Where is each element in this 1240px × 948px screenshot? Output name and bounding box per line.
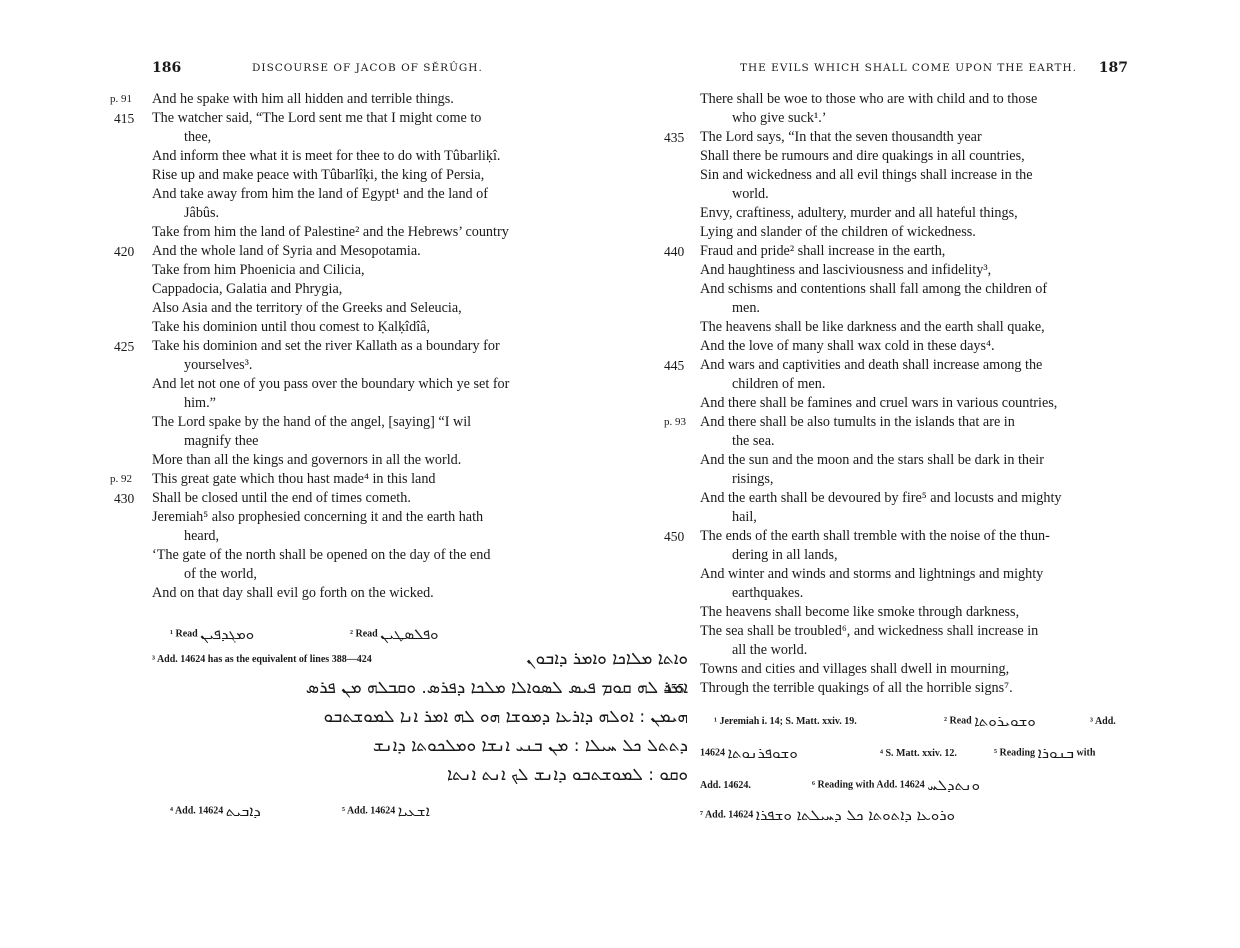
verse-continuation: heard, bbox=[152, 527, 580, 546]
margin-number: 440 bbox=[664, 242, 698, 261]
verse-text: The Lord spake by the hand of the angel,… bbox=[152, 414, 471, 430]
verse-line: p. 91And he spake with him all hidden an… bbox=[110, 90, 580, 109]
syriac-text: ܘܦܠܣܛܝܢ bbox=[380, 625, 438, 643]
verse-text: Sin and wickedness and all evil things s… bbox=[700, 167, 1033, 183]
verse-line: Take from him Phoenicia and Cilicia, bbox=[110, 261, 580, 280]
margin-number: 445 bbox=[664, 356, 698, 375]
verse-line: Towns and cities and villages shall dwel… bbox=[662, 660, 1130, 679]
verse-line: And winter and winds and storms and ligh… bbox=[662, 565, 1130, 603]
verse-line: Shall there be rumours and dire quakings… bbox=[662, 147, 1130, 166]
margin-number: p. 91 bbox=[110, 90, 144, 109]
verse-text: The heavens shall become like smoke thro… bbox=[700, 604, 1019, 620]
verse-text: Fraud and pride² shall increase in the e… bbox=[700, 243, 945, 259]
verse-line: 445And wars and captivities and death sh… bbox=[662, 356, 1130, 394]
verse-continuation: risings, bbox=[700, 470, 1130, 489]
verse-block: p. 91And he spake with him all hidden an… bbox=[110, 90, 580, 603]
verse-line: 415The watcher said, “The Lord sent me t… bbox=[110, 109, 580, 147]
verse-line: And the sun and the moon and the stars s… bbox=[662, 451, 1130, 489]
margin-number: p. 93 bbox=[664, 413, 698, 432]
footnote-5: ⁵ Add. 14624 ܐܫܥܝܐ bbox=[342, 802, 430, 820]
margin-number: 415 bbox=[114, 109, 148, 128]
verse-text: The watcher said, “The Lord sent me that… bbox=[152, 110, 481, 126]
verse-line: ‘The gate of the north shall be opened o… bbox=[110, 546, 580, 584]
verse-line: And on that day shall evil go forth on t… bbox=[110, 584, 580, 603]
verse-text: And inform thee what it is meet for thee… bbox=[152, 148, 500, 164]
verse-text: And the whole land of Syria and Mesopota… bbox=[152, 243, 421, 259]
margin-number: 425 bbox=[114, 337, 148, 356]
verse-text: And take away from him the land of Egypt… bbox=[152, 186, 488, 202]
verse-continuation: earthquakes. bbox=[700, 584, 1130, 603]
syriac-line: ܗܝܡܢ : ܐܘܠܗ ܕܐܪܥܐ ܕܡܘܫܐ ܗܘ ܠܗ ܐܡܪ ܐܢܐ ܠܡ… bbox=[152, 707, 688, 727]
verse-line: More than all the kings and governors in… bbox=[110, 451, 580, 470]
verse-text: Jeremiah⁵ also prophesied concerning it … bbox=[152, 509, 483, 525]
verse-text: And the earth shall be devoured by fire⁵… bbox=[700, 490, 1062, 506]
verse-line: Sin and wickedness and all evil things s… bbox=[662, 166, 1130, 204]
syriac-line: ܘܩܘ : ܠܡܘܫܬܒܘ ܕܐܢܫ ܠܟ ܐܢܬ ܐܢܬܐ bbox=[152, 765, 688, 785]
verse-continuation: world. bbox=[700, 185, 1130, 204]
verse-continuation: of the world, bbox=[152, 565, 580, 584]
verse-text: Take from him the land of Palestine² and… bbox=[152, 224, 509, 240]
verse-line: 420And the whole land of Syria and Mesop… bbox=[110, 242, 580, 261]
verse-text: Also Asia and the territory of the Greek… bbox=[152, 300, 462, 316]
verse-continuation: children of men. bbox=[700, 375, 1130, 394]
verse-text: And there shall be famines and cruel war… bbox=[700, 395, 1057, 411]
verse-text: The sea shall be troubled⁶, and wickedne… bbox=[700, 623, 1038, 639]
verse-line: The heavens shall be like darkness and t… bbox=[662, 318, 1130, 337]
verse-line: Rise up and make peace with Tûbarlîḳi, t… bbox=[110, 166, 580, 185]
verse-text: Through the terrible quakings of all the… bbox=[700, 680, 1013, 696]
verse-line: Take from him the land of Palestine² and… bbox=[110, 223, 580, 242]
verse-text: Towns and cities and villages shall dwel… bbox=[700, 661, 1009, 677]
footnote-5-cont: Add. 14624. bbox=[700, 780, 751, 791]
verse-continuation: the sea. bbox=[700, 432, 1130, 451]
verse-line: And the love of many shall wax cold in t… bbox=[662, 337, 1130, 356]
verse-text: Take from him Phoenicia and Cilicia, bbox=[152, 262, 365, 278]
verse-text: ‘The gate of the north shall be opened o… bbox=[152, 547, 490, 563]
footnote-1: ¹ Read ܘܡܓܕܦܝܢ bbox=[170, 625, 254, 643]
verse-text: Shall there be rumours and dire quakings… bbox=[700, 148, 1025, 164]
margin-number: p. 92 bbox=[110, 470, 144, 489]
verse-line: 455Through the terrible quakings of all … bbox=[662, 679, 1130, 698]
syriac-line: ܕܬܬܠ ܟܠ ܚܝܠܐ : ܡܢ ܒܢܝ ܐܢܫܐ ܘܡܠܟܘܬܐ ܕܐܢܫ bbox=[152, 736, 688, 756]
verse-line: The Lord spake by the hand of the angel,… bbox=[110, 413, 580, 451]
verse-text: And haughtiness and lasciviousness and i… bbox=[700, 262, 991, 278]
verse-text: And there shall be also tumults in the i… bbox=[700, 414, 1015, 430]
verse-line: 430Shall be closed until the end of time… bbox=[110, 489, 580, 508]
syriac-text: ܘܪܘܥܐ ܕܐܬܘܬܐ ܟܠ ܕܚܝܠܬܐ ܘܫܦܪܐ bbox=[756, 806, 955, 824]
footnote-3: ³ Add. 14624 has as the equivalent of li… bbox=[152, 654, 372, 665]
syriac-text: ܘܫܘܦܪܢܘܬܐ bbox=[728, 744, 798, 762]
verse-continuation: Jâbûs. bbox=[152, 204, 580, 223]
verse-line: Also Asia and the territory of the Greek… bbox=[110, 299, 580, 318]
footnote-1: ¹ Jeremiah i. 14; S. Matt. xxiv. 19. bbox=[714, 716, 857, 727]
footnote-3-cont: 14624 ܘܫܘܦܪܢܘܬܐ bbox=[700, 744, 798, 762]
verse-block: There shall be woe to those who are with… bbox=[662, 90, 1130, 698]
footnote-6: ⁶ Reading with Add. 14624 ܘܢܬܕܠܚ bbox=[812, 776, 980, 794]
syriac-text: ܕܐܒܝܬ bbox=[226, 802, 261, 820]
verse-text: The Lord says, “In that the seven thousa… bbox=[700, 129, 982, 145]
footnote-5: ⁵ Reading ܒܢܘܪܐ with bbox=[994, 744, 1095, 762]
verse-text: Envy, craftiness, adultery, murder and a… bbox=[700, 205, 1018, 221]
verse-text: The ends of the earth shall tremble with… bbox=[700, 528, 1050, 544]
verse-text: And the love of many shall wax cold in t… bbox=[700, 338, 995, 354]
footnote-3: ³ Add. bbox=[1090, 716, 1116, 727]
margin-number: 420 bbox=[114, 242, 148, 261]
verse-text: Take his dominion until thou comest to Ḳ… bbox=[152, 319, 430, 335]
verse-line: Take his dominion until thou comest to Ḳ… bbox=[110, 318, 580, 337]
margin-number: 430 bbox=[114, 489, 148, 508]
verse-continuation: dering in all lands, bbox=[700, 546, 1130, 565]
verse-continuation: men. bbox=[700, 299, 1130, 318]
verse-text: And he spake with him all hidden and ter… bbox=[152, 91, 454, 107]
verse-line: There shall be woe to those who are with… bbox=[662, 90, 1130, 128]
verse-text: And wars and captivities and death shall… bbox=[700, 357, 1042, 373]
verse-line: And take away from him the land of Egypt… bbox=[110, 185, 580, 223]
verse-line: And haughtiness and lasciviousness and i… bbox=[662, 261, 1130, 280]
page-number: 187 bbox=[1099, 60, 1128, 76]
verse-text: And on that day shall evil go forth on t… bbox=[152, 585, 434, 601]
running-head: THE EVILS WHICH SHALL COME UPON THE EART… bbox=[662, 60, 1130, 78]
verse-text: And let not one of you pass over the bou… bbox=[152, 376, 509, 392]
verse-continuation: magnify thee bbox=[152, 432, 580, 451]
footnote-2: ² Read ܘܦܠܣܛܝܢ bbox=[350, 625, 439, 643]
verse-line: And the earth shall be devoured by fire⁵… bbox=[662, 489, 1130, 527]
syriac-text: ܘܫܘܝܪܘܬܐ bbox=[974, 712, 1036, 730]
running-title: THE EVILS WHICH SHALL COME UPON THE EART… bbox=[740, 62, 1077, 74]
verse-text: There shall be woe to those who are with… bbox=[700, 91, 1037, 107]
verse-text: And winter and winds and storms and ligh… bbox=[700, 566, 1043, 582]
syriac-line: ܘܐܬܐ ܡܠܐܟܐ ܘܐܡܪ ܕܐܒܘܢ bbox=[410, 649, 688, 669]
footnote-4: ⁴ S. Matt. xxiv. 12. bbox=[880, 748, 957, 759]
verse-text: More than all the kings and governors in… bbox=[152, 452, 461, 468]
running-title: DISCOURSE OF JACOB OF SĔRÛGH. bbox=[252, 62, 483, 74]
verse-text: Lying and slander of the children of wic… bbox=[700, 224, 976, 240]
verse-line: p. 93And there shall be also tumults in … bbox=[662, 413, 1130, 451]
verse-text: And schisms and contentions shall fall a… bbox=[700, 281, 1047, 297]
verse-line: Jeremiah⁵ also prophesied concerning it … bbox=[110, 508, 580, 546]
verse-continuation: all the world. bbox=[700, 641, 1130, 660]
page-number: 186 bbox=[152, 60, 181, 76]
verse-continuation: him.” bbox=[152, 394, 580, 413]
verse-line: The heavens shall become like smoke thro… bbox=[662, 603, 1130, 622]
syriac-text: ܘܢܬܕܠܚ bbox=[927, 776, 980, 794]
verse-text: Shall be closed until the end of times c… bbox=[152, 490, 411, 506]
margin-number: 455 bbox=[664, 679, 698, 698]
footnote-4: ⁴ Add. 14624 ܕܐܒܝܬ bbox=[170, 802, 261, 820]
verse-text: This great gate which thou hast made⁴ in… bbox=[152, 471, 436, 487]
verse-continuation: yourselves³. bbox=[152, 356, 580, 375]
running-head: 186 DISCOURSE OF JACOB OF SĔRÛGH. bbox=[110, 60, 580, 78]
verse-text: Cappadocia, Galatia and Phrygia, bbox=[152, 281, 342, 297]
verse-line: Lying and slander of the children of wic… bbox=[662, 223, 1130, 242]
verse-line: The sea shall be troubled⁶, and wickedne… bbox=[662, 622, 1130, 660]
syriac-text: ܒܢܘܪܐ bbox=[1038, 744, 1074, 762]
footnote-7: ⁷ Add. 14624 ܘܪܘܥܐ ܕܐܬܘܬܐ ܟܠ ܕܚܝܠܬܐ ܘܫܦܪ… bbox=[700, 806, 955, 824]
margin-number: 435 bbox=[664, 128, 698, 147]
verse-line: 440Fraud and pride² shall increase in th… bbox=[662, 242, 1130, 261]
verse-line: And there shall be famines and cruel war… bbox=[662, 394, 1130, 413]
footnote-2: ² Read ܘܫܘܝܪܘܬܐ bbox=[944, 712, 1036, 730]
syriac-text: ܘܡܓܕܦܝܢ bbox=[200, 625, 254, 643]
verse-continuation: hail, bbox=[700, 508, 1130, 527]
verse-text: Rise up and make peace with Tûbarlîḳi, t… bbox=[152, 167, 484, 183]
verse-text: The heavens shall be like darkness and t… bbox=[700, 319, 1045, 335]
verse-line: 435The Lord says, “In that the seven tho… bbox=[662, 128, 1130, 147]
verse-line: Envy, craftiness, adultery, murder and a… bbox=[662, 204, 1130, 223]
verse-continuation: thee, bbox=[152, 128, 580, 147]
margin-number: 450 bbox=[664, 527, 698, 546]
verse-line: And inform thee what it is meet for thee… bbox=[110, 147, 580, 166]
verse-line: Cappadocia, Galatia and Phrygia, bbox=[110, 280, 580, 299]
verse-line: p. 92This great gate which thou hast mad… bbox=[110, 470, 580, 489]
verse-line: And let not one of you pass over the bou… bbox=[110, 375, 580, 413]
verse-text: And the sun and the moon and the stars s… bbox=[700, 452, 1044, 468]
syriac-text: ܐܫܥܝܐ bbox=[398, 802, 430, 820]
verse-line: 425Take his dominion and set the river K… bbox=[110, 337, 580, 375]
verse-line: And schisms and contentions shall fall a… bbox=[662, 280, 1130, 318]
verse-line: 450The ends of the earth shall tremble w… bbox=[662, 527, 1130, 565]
verse-continuation: who give suck¹.’ bbox=[700, 109, 1130, 128]
syriac-line: ܐܡܪ ܠܗ ܩܘܡ ܦܝܣ ܠܣܘܐܠܐ ܡܠܟܐ ܕܦܪܣ. ܘܩܒܠܗ ܡ… bbox=[152, 678, 688, 698]
verse-text: Take his dominion and set the river Kall… bbox=[152, 338, 500, 354]
